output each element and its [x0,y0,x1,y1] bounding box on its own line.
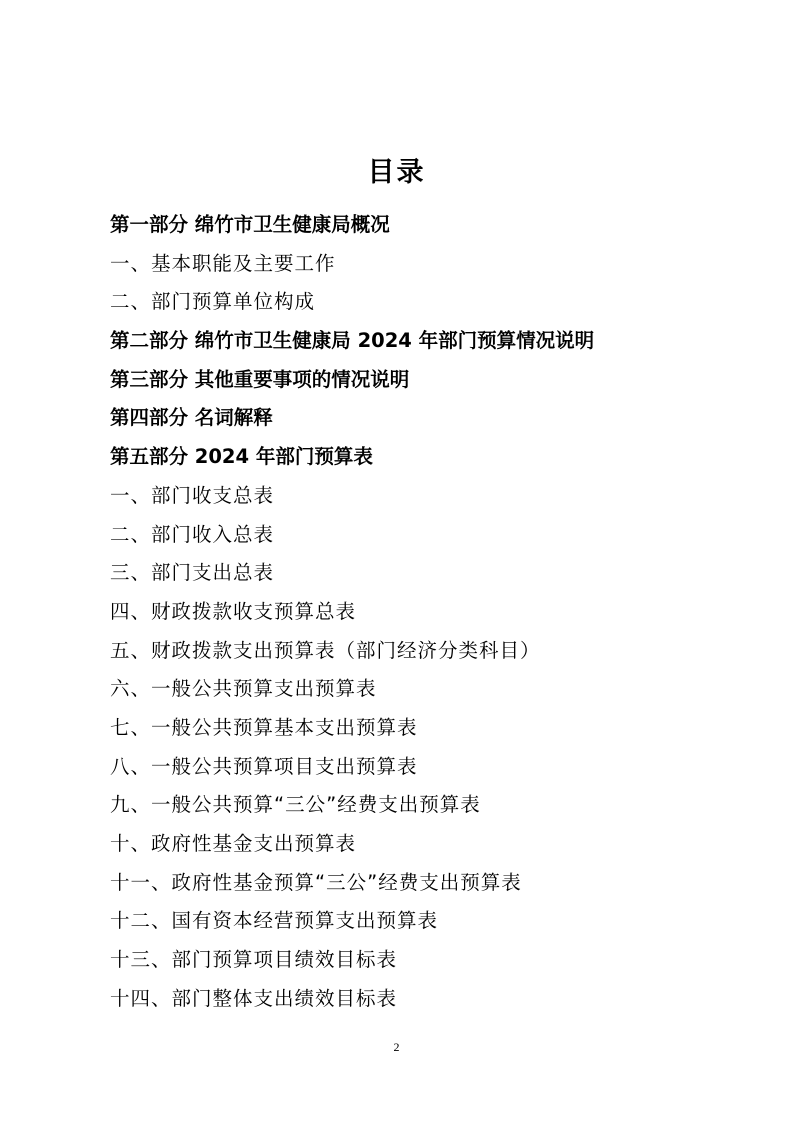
toc-item: 六、一般公共预算支出预算表 [110,675,730,714]
toc-item: 七、一般公共预算基本支出预算表 [110,714,730,753]
toc-item: 十一、政府性基金预算“三公”经费支出预算表 [110,869,730,908]
toc-item: 十二、国有资本经营预算支出预算表 [110,907,730,946]
toc-part-2: 第二部分 绵竹市卫生健康局 2024 年部门预算情况说明 [110,327,730,366]
toc-item: 十四、部门整体支出绩效目标表 [110,985,730,1024]
toc-item: 一、部门收支总表 [110,482,730,521]
toc-part-3: 第三部分 其他重要事项的情况说明 [110,366,730,405]
table-of-contents: 第一部分 绵竹市卫生健康局概况 一、基本职能及主要工作 二、部门预算单位构成 第… [110,211,730,1023]
toc-part-5: 第五部分 2024 年部门预算表 [110,443,730,482]
toc-item: 四、财政拨款收支预算总表 [110,598,730,637]
toc-item: 十三、部门预算项目绩效目标表 [110,946,730,985]
toc-item: 二、部门预算单位构成 [110,288,730,327]
toc-item: 十、政府性基金支出预算表 [110,830,730,869]
toc-item: 一、基本职能及主要工作 [110,250,730,289]
toc-part-1: 第一部分 绵竹市卫生健康局概况 [110,211,730,250]
page-title: 目录 [0,150,793,189]
toc-item: 九、一般公共预算“三公”经费支出预算表 [110,791,730,830]
page-number: 2 [0,1040,793,1055]
toc-item: 三、部门支出总表 [110,559,730,598]
toc-item: 八、一般公共预算项目支出预算表 [110,753,730,792]
toc-item: 二、部门收入总表 [110,521,730,560]
toc-part-4: 第四部分 名词解释 [110,404,730,443]
toc-item: 五、财政拨款支出预算表（部门经济分类科目） [110,637,730,676]
